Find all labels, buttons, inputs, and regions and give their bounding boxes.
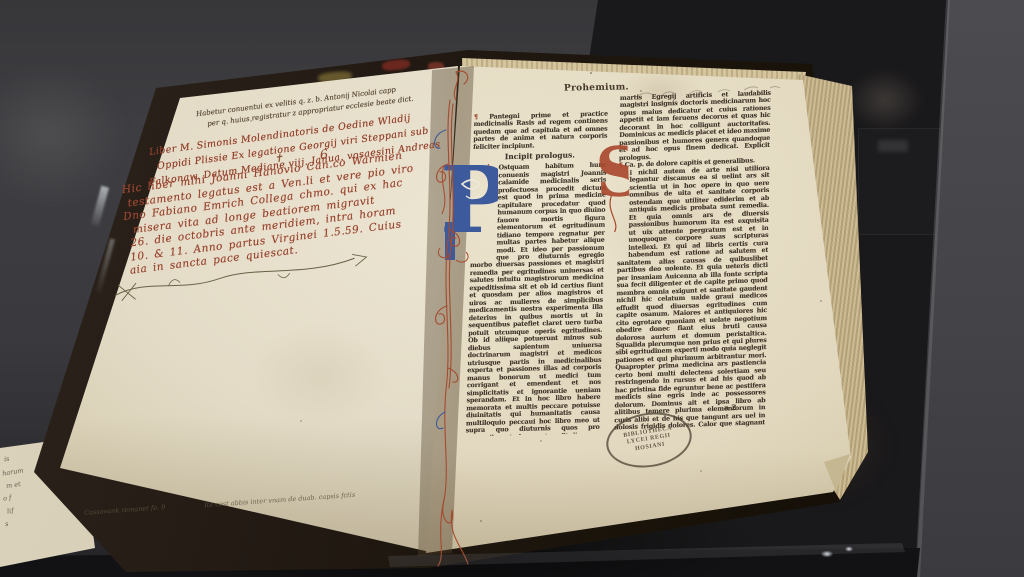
- cradle-glint: [818, 549, 836, 559]
- scrap-text-fragment: lif: [6, 507, 14, 516]
- page-dirt-specks: [0, 0, 2, 2]
- cradle-glint: [843, 545, 855, 553]
- running-head: Prohemium.: [564, 82, 629, 93]
- intro-text: Pantegni prime et practice medicinalis R…: [473, 110, 608, 150]
- quire-signature-mark: a 2: [724, 403, 737, 412]
- scrap-text-fragment: o f: [2, 493, 12, 502]
- main-text: i nichil autem de arte nisi utiliora leg…: [614, 164, 769, 432]
- main-text-paragraph: i nichil autem de arte nisi utiliora leg…: [614, 165, 769, 432]
- display-case-photo: is harum m et o f lif s Habetur conuentu…: [0, 0, 1024, 577]
- marginal-penwork-flourish: [426, 68, 474, 572]
- top-text: martis Egregij artificis et laudabilis m…: [619, 90, 771, 162]
- page-age-stain: [220, 300, 420, 450]
- intro-paragraph: ¶ Pantegni prime et practice medicinalis…: [473, 110, 608, 151]
- column-right-top-paragraph: martis Egregij artificis et laudabilis m…: [619, 90, 771, 163]
- red-initial-s: S: [593, 137, 630, 238]
- printed-column-right: martis Egregij artificis et laudabilis m…: [614, 90, 771, 432]
- initial-s-glyph: S: [594, 137, 631, 213]
- scrap-text-fragment: is: [3, 455, 10, 464]
